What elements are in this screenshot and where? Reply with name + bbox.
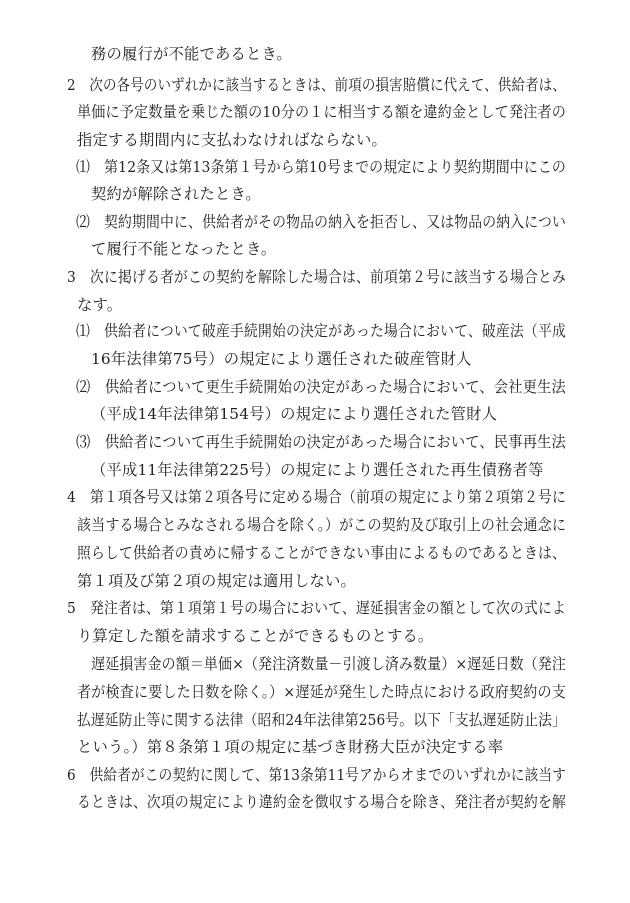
document-line: 該当する場合とみなされる場合を除く。）がこの契約及び取引上の社会通念に: [77, 515, 566, 535]
document-line: 4 第１項各号又は第２項各号に定める場合（前項の規定により第２項第２号に: [67, 487, 566, 507]
document-line: 契約が解除されたとき。: [91, 184, 261, 204]
document-line: 者が検査に要した日数を除く。）×遅延が発生した時点における政府契約の支: [77, 682, 566, 702]
document-line: て履行不能となったとき。: [91, 239, 276, 259]
document-line: 5 発注者は、第１項第１号の場合において、遅延損害金の額として次の式によ: [67, 598, 566, 618]
document-line: 務の履行が不能であるとき。: [91, 44, 292, 64]
document-line: るときは、次項の規定により違約金を徴収する場合を除き、発注者が契約を解: [77, 792, 566, 812]
document-line: り算定した額を請求することができるものとする。: [77, 626, 433, 646]
document-line: 遅延損害金の額＝単価×（発注済数量－引渡し済み数量）×遅延日数（発注: [77, 654, 566, 674]
document-line: 照らして供給者の責めに帰することができない事由によるものであるときは、: [77, 543, 566, 563]
document-line: ⑵ 供給者について更生手続開始の決定があった場合において、会社更生法: [76, 377, 566, 397]
document-line: ⑴ 供給者について破産手続開始の決定があった場合において、破産法（平成: [76, 321, 566, 341]
document-line: 指定する期間内に支払わなければならない。: [77, 130, 387, 150]
document-line: という。）第８条第１項の規定に基づき財務大臣が決定する率: [77, 737, 503, 757]
document-line: （平成14年法律第154号）の規定により選任された管財人: [91, 404, 497, 424]
document-line: ⑴ 第12条又は第13条第１号から第10号までの規定により契約期間中にこの: [76, 157, 566, 177]
document-line: 払遅延防止等に関する法律（昭和24年法律第256号。以下「支払遅延防止法」: [77, 710, 566, 730]
document-line: なす。: [77, 295, 122, 315]
document-line: 第１項及び第２項の規定は適用しない。: [77, 571, 356, 591]
document-line: 単価に予定数量を乗じた額の10分の１に相当する額を違約金として発注者の: [77, 102, 566, 122]
document-line: 16年法律第75号）の規定により選任された破産管財人: [91, 349, 472, 369]
document-line: ⑵ 契約期間中に、供給者がその物品の納入を拒否し、又は物品の納入につい: [76, 212, 566, 232]
document-line: 2 次の各号のいずれかに該当するときは、前項の損害賠償に代えて、供給者は、: [67, 75, 566, 95]
document-line: （平成11年法律第225号）の規定により選任された再生債務者等: [91, 460, 544, 480]
document-line: ⑶ 供給者について再生手続開始の決定があった場合において、民事再生法: [76, 432, 566, 452]
document-line: 3 次に掲げる者がこの契約を解除した場合は、前項第２号に該当する場合とみ: [67, 267, 566, 287]
document-line: 6 供給者がこの契約に関して、第13条第11号アからオまでのいずれかに該当す: [67, 765, 566, 785]
